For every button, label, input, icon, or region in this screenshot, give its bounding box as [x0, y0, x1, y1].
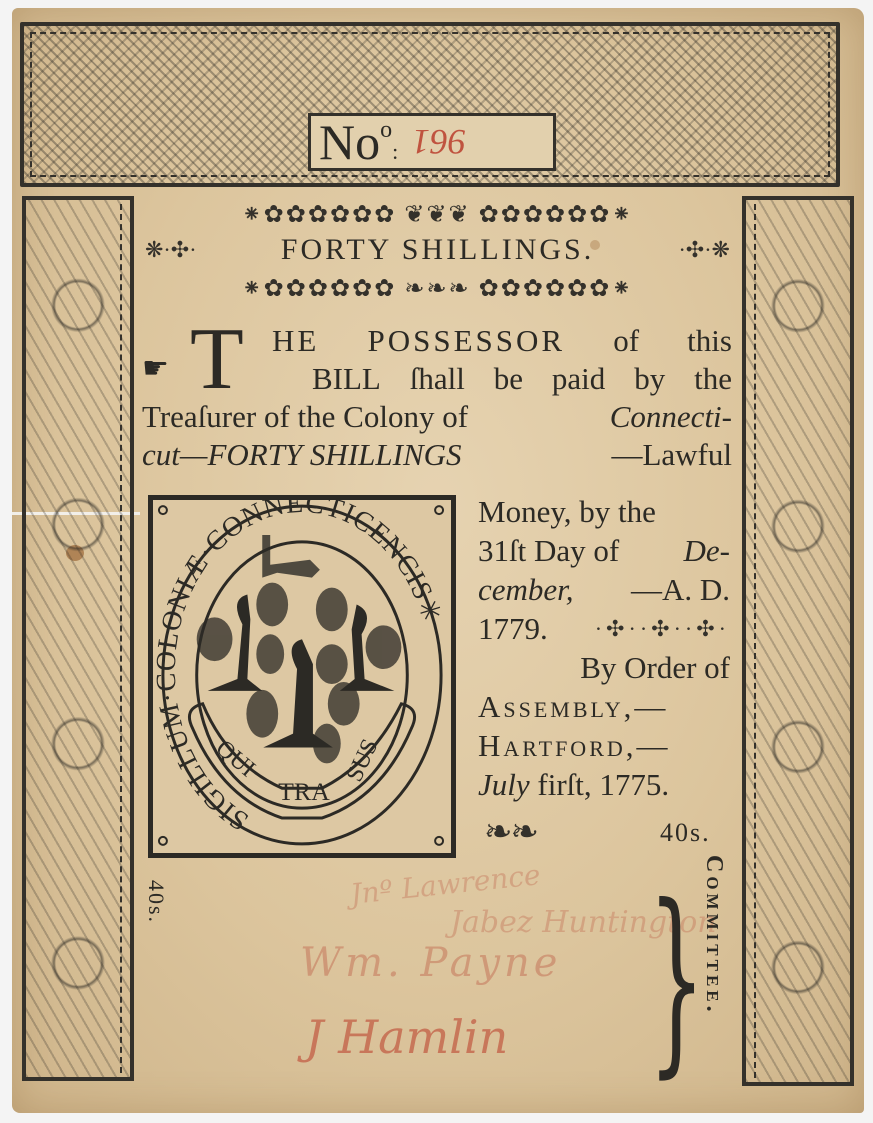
right-ornamental-border: [742, 196, 854, 1086]
text-line: cember, —A. D.: [478, 570, 730, 609]
right-column-text: Money, by the 31ſt Day of De- cember, —A…: [478, 492, 730, 804]
text-segment: Hartford,—: [478, 726, 671, 765]
redemption-year: 1779.: [478, 609, 548, 648]
flourish-ornament: ❧❧: [484, 812, 537, 852]
text-line-2: BILL ſhall be paid by the: [312, 360, 732, 398]
word: paid: [552, 360, 605, 398]
text-segment: —A. D.: [631, 570, 730, 609]
text-segment: cut: [142, 437, 180, 472]
ornament-right: ·✣·❋: [678, 237, 730, 263]
denomination-banner: ❋·✣· FORTY SHILLINGS. ·✣·❋: [145, 233, 730, 267]
signature-4: J Hamlin: [305, 1010, 508, 1064]
issue-date: firſt, 1775.: [537, 767, 669, 802]
text-segment: July: [478, 767, 530, 802]
text-segment: Money, by the: [478, 492, 656, 531]
text-line: July firſt, 1775.: [478, 765, 730, 804]
text-line: 31ſt Day of De-: [478, 531, 730, 570]
text-line-4: cut—FORTY SHILLINGS —Lawful: [142, 436, 732, 474]
signature-3: Wm. Payne: [300, 940, 561, 986]
text-segment: De-: [684, 531, 730, 570]
text-line: Hartford,—: [478, 726, 730, 765]
seal-motto-left: QUI: [211, 735, 260, 782]
text-segment: cember,: [478, 570, 574, 609]
word: ſhall: [410, 360, 465, 398]
word: POSSESSOR: [367, 322, 565, 360]
serial-number-box: Noo: 961: [308, 113, 556, 171]
word: the: [694, 360, 732, 398]
colony-seal: SIGILLUM·COLONIÆ·CONNECTICENCIS✳ QUI TRA…: [148, 495, 456, 858]
text-segment: —Lawful: [611, 436, 732, 474]
drop-cap: T: [190, 320, 244, 400]
word: HE: [272, 322, 319, 360]
denomination-title: FORTY SHILLINGS.: [281, 233, 594, 267]
committee-brace: }: [648, 880, 705, 1080]
committee-label: Committee.: [700, 855, 727, 1016]
text-line: Money, by the: [478, 492, 730, 531]
ornament-left: ❋·✣·: [145, 237, 197, 263]
text-segment: By Order of: [580, 648, 730, 687]
vertical-denomination: 40s.: [143, 880, 169, 924]
ornament-row-bottom: ⁕✿✿✿✿✿✿ ❧❧❧ ✿✿✿✿✿✿⁕: [145, 277, 730, 301]
text-line-1: HE POSSESSOR of this: [272, 322, 732, 360]
word: this: [687, 322, 732, 360]
small-denomination: 40s.: [660, 818, 711, 848]
left-ornamental-border: [22, 196, 134, 1081]
word: of: [613, 322, 639, 360]
text-line: By Order of: [478, 648, 730, 687]
pointing-hand-icon: ☛: [142, 350, 169, 388]
seal-motto-center: TRA: [278, 777, 330, 806]
serial-number: 961: [412, 121, 466, 163]
text-line: 1779. ·✣··✣··✣·: [478, 609, 730, 648]
text-line: Assembly,—: [478, 687, 730, 726]
seal-artwork: SIGILLUM·COLONIÆ·CONNECTICENCIS✳ QUI TRA…: [153, 500, 451, 853]
word: by: [634, 360, 665, 398]
ornament-row-top: ⁕✿✿✿✿✿✿ ❦❦❦ ✿✿✿✿✿✿⁕: [145, 203, 730, 227]
text-segment: Connecti-: [610, 398, 732, 436]
bill-text: ☛ T HE POSSESSOR of this BILL ſhall be p…: [142, 322, 732, 474]
text-segment: —FORTY SHILLINGS: [180, 437, 462, 472]
text-segment: 31ſt Day of: [478, 531, 619, 570]
serial-label: Noo:: [319, 117, 398, 167]
word: be: [494, 360, 523, 398]
text-segment: Assembly,—: [478, 687, 668, 726]
star-ornament: ·✣··✣··✣·: [595, 609, 730, 648]
word: BILL: [312, 360, 381, 398]
